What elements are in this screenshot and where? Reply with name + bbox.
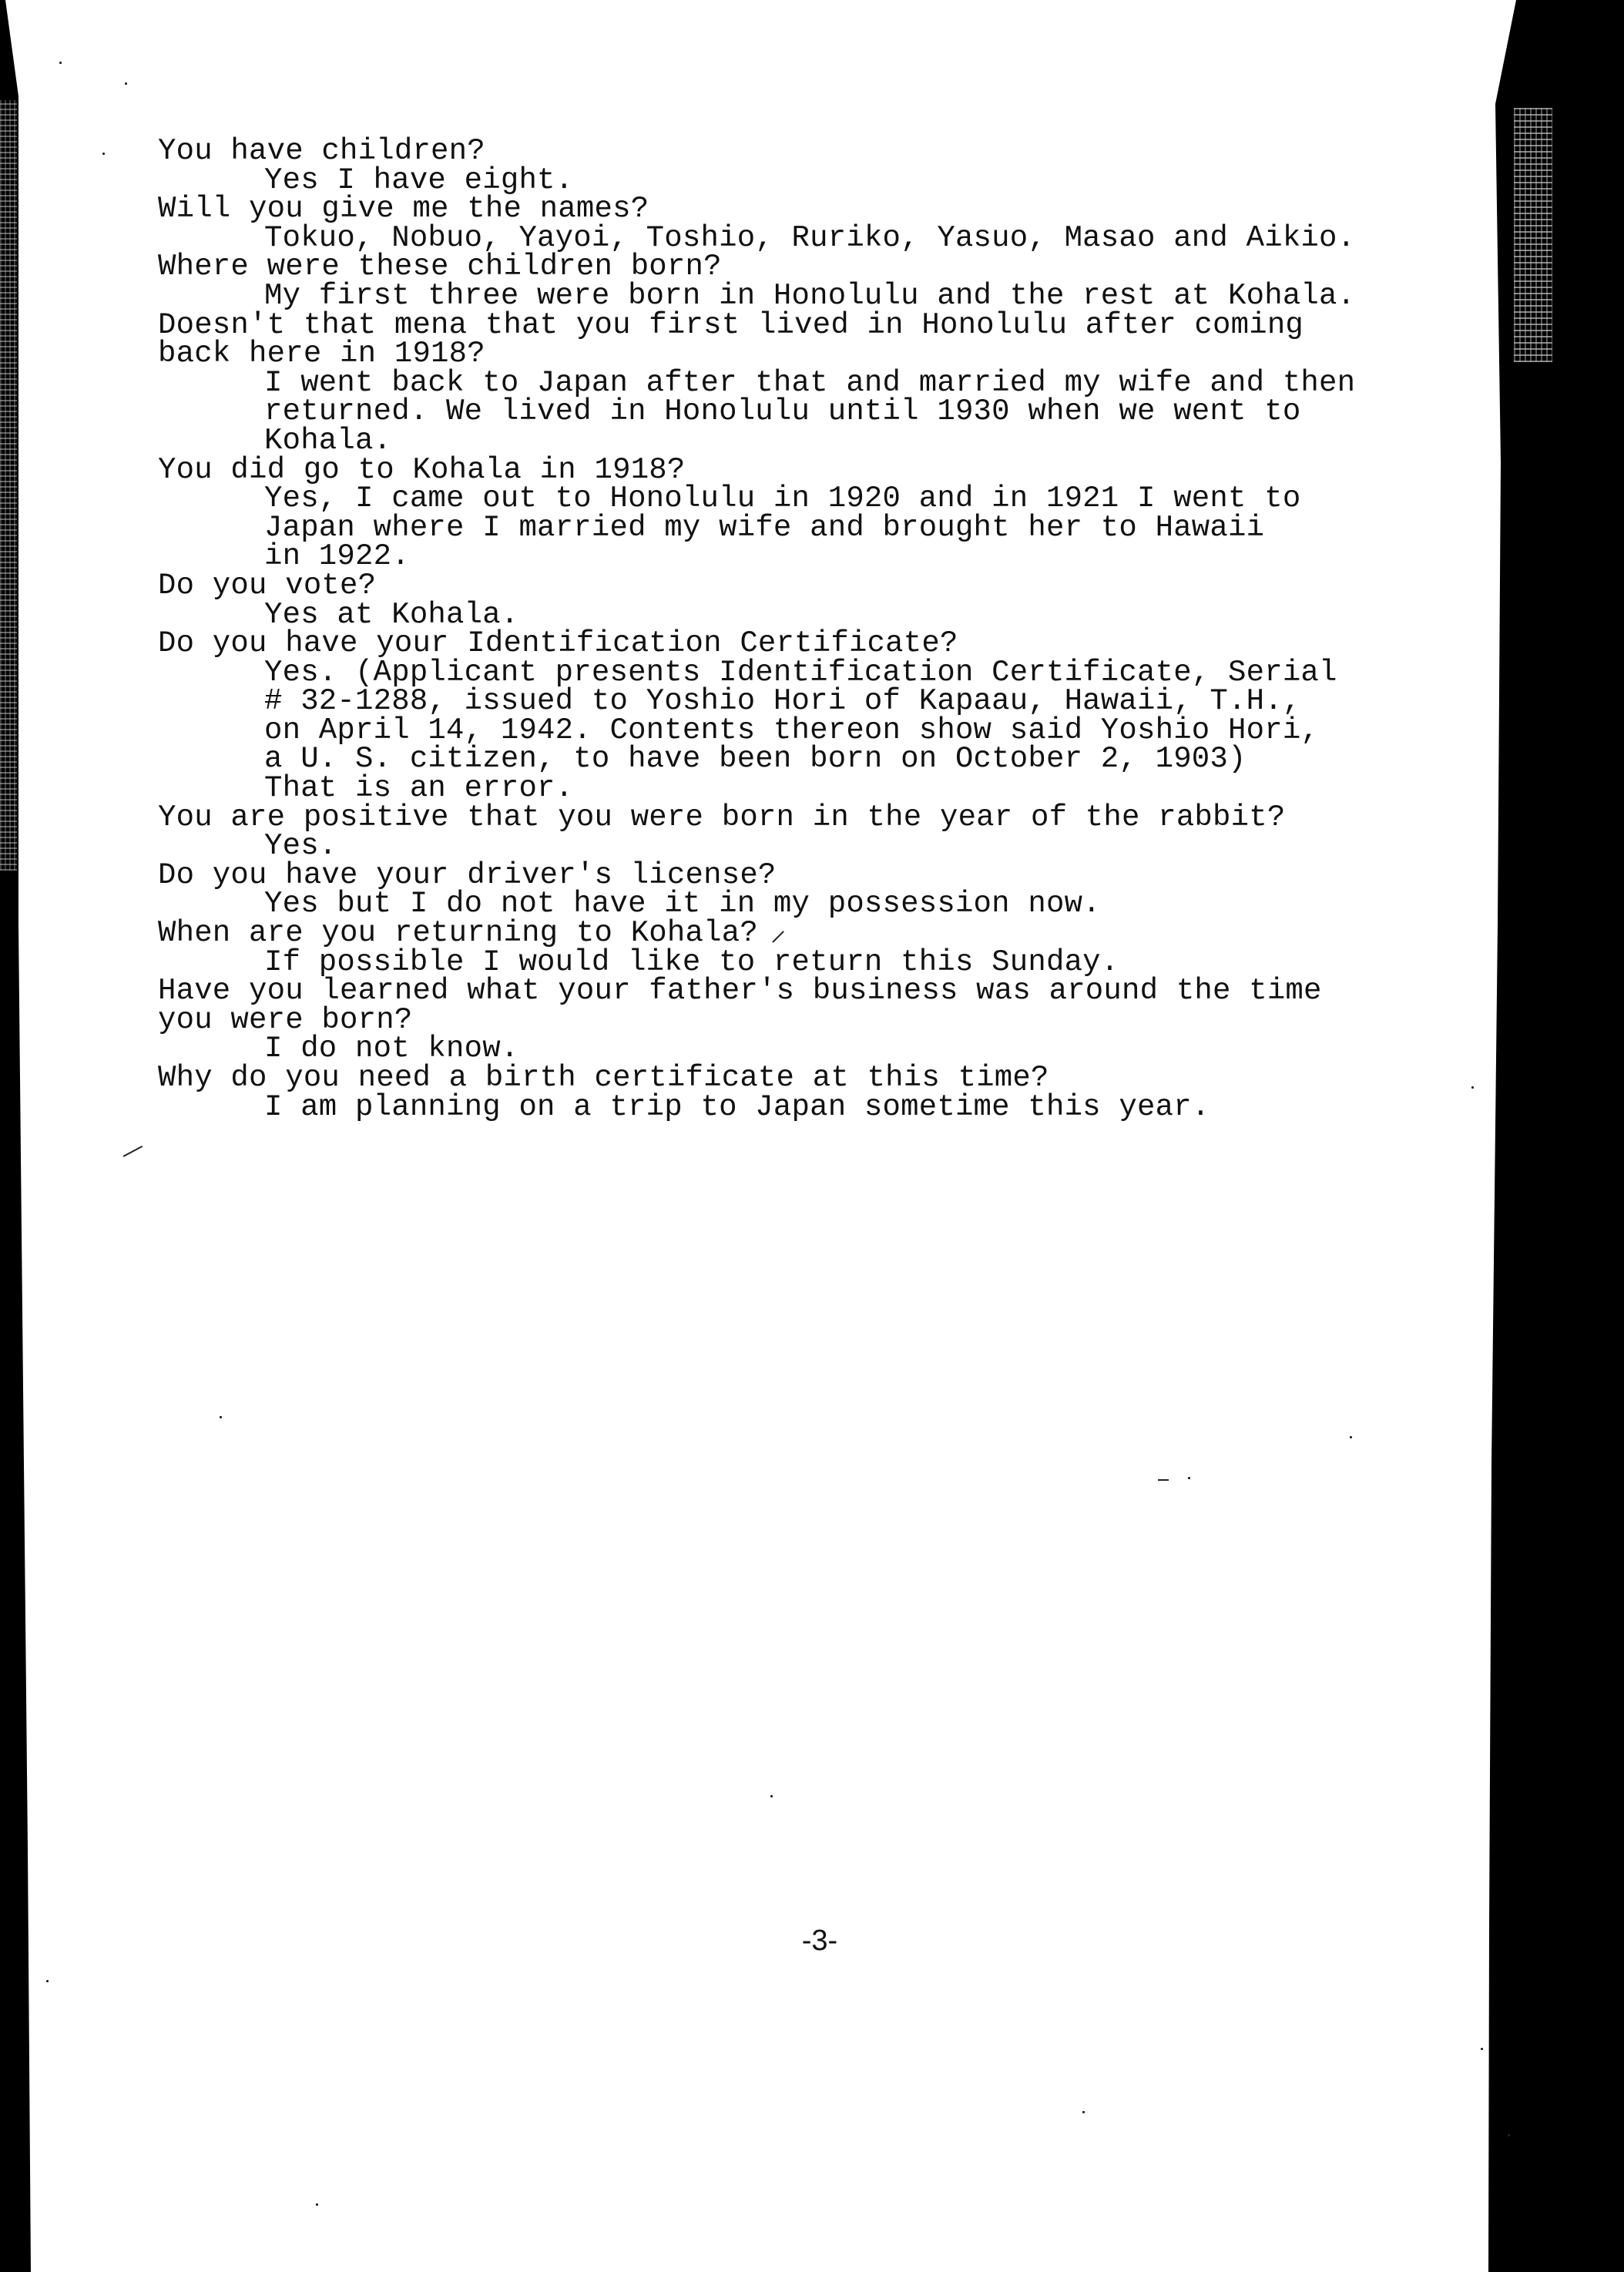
- scanned-page: You have children?Yes I have eight.Will …: [0, 0, 1624, 2272]
- question-line: Do you vote?: [158, 572, 1360, 601]
- question-line: Will you give me the names?: [158, 195, 1360, 224]
- scan-noise-right: [1514, 108, 1552, 362]
- question-line: you were born?: [158, 1006, 1360, 1035]
- answer-line: Yes I have eight.: [158, 166, 1360, 196]
- scan-speck: [102, 153, 105, 155]
- scan-speck: [220, 1416, 222, 1418]
- question-line: Where were these children born?: [158, 253, 1360, 282]
- scan-speck: [125, 82, 127, 85]
- scan-noise-left: [0, 100, 17, 871]
- question-line: Why do you need a birth certificate at t…: [158, 1064, 1360, 1093]
- answer-line: Yes. (Applicant presents Identification …: [158, 659, 1360, 688]
- answer-line: Tokuo, Nobuo, Yayoi, Toshio, Ruriko, Yas…: [158, 224, 1360, 253]
- answer-line: I went back to Japan after that and marr…: [158, 369, 1360, 398]
- scan-speck: [1188, 1477, 1190, 1479]
- interview-transcript: You have children?Yes I have eight.Will …: [158, 137, 1360, 1122]
- answer-line: # 32-1288, issued to Yoshio Hori of Kapa…: [158, 687, 1360, 717]
- scan-speck: [1082, 2111, 1085, 2113]
- answer-line: Yes at Kohala.: [158, 601, 1360, 630]
- question-line: When are you returning to Kohala?: [158, 919, 1360, 948]
- answer-line: That is an error.: [158, 774, 1360, 804]
- answer-line: Kohala.: [158, 427, 1360, 456]
- answer-line: in 1922.: [158, 542, 1360, 572]
- pen-mark: [123, 1146, 143, 1157]
- question-line: back here in 1918?: [158, 340, 1360, 369]
- scan-speck: [316, 2203, 318, 2206]
- answer-line: My first three were born in Honolulu and…: [158, 282, 1360, 311]
- page-number: -3-: [0, 1925, 1624, 1958]
- question-line: Doesn't that mena that you first lived i…: [158, 311, 1360, 341]
- answer-line: returned. We lived in Honolulu until 193…: [158, 398, 1360, 427]
- answer-line: Yes, I came out to Honolulu in 1920 and …: [158, 485, 1360, 514]
- question-line: Do you have your driver's license?: [158, 861, 1360, 891]
- answer-line: Japan where I married my wife and brough…: [158, 514, 1360, 543]
- pen-mark: [1158, 1479, 1169, 1481]
- scan-speck: [1350, 1436, 1352, 1438]
- scan-speck: [59, 62, 62, 64]
- answer-line: I am planning on a trip to Japan sometim…: [158, 1093, 1360, 1123]
- scan-speck: [1471, 1086, 1474, 1089]
- scan-speck: [770, 1795, 773, 1797]
- answer-line: Yes but I do not have it in my possessio…: [158, 890, 1360, 919]
- question-line: Do you have your Identification Certific…: [158, 629, 1360, 659]
- question-line: You did go to Kohala in 1918?: [158, 456, 1360, 485]
- question-line: Have you learned what your father's busi…: [158, 977, 1360, 1006]
- answer-line: on April 14, 1942. Contents thereon show…: [158, 717, 1360, 746]
- question-line: You have children?: [158, 137, 1360, 166]
- answer-line: a U. S. citizen, to have been born on Oc…: [158, 745, 1360, 774]
- question-line: You are positive that you were born in t…: [158, 804, 1360, 833]
- answer-line: Yes.: [158, 832, 1360, 861]
- answer-line: If possible I would like to return this …: [158, 948, 1360, 978]
- scan-speck: [1481, 2048, 1483, 2050]
- scan-speck: [46, 1980, 49, 1982]
- answer-line: I do not know.: [158, 1035, 1360, 1064]
- scan-speck: [1508, 2134, 1510, 2136]
